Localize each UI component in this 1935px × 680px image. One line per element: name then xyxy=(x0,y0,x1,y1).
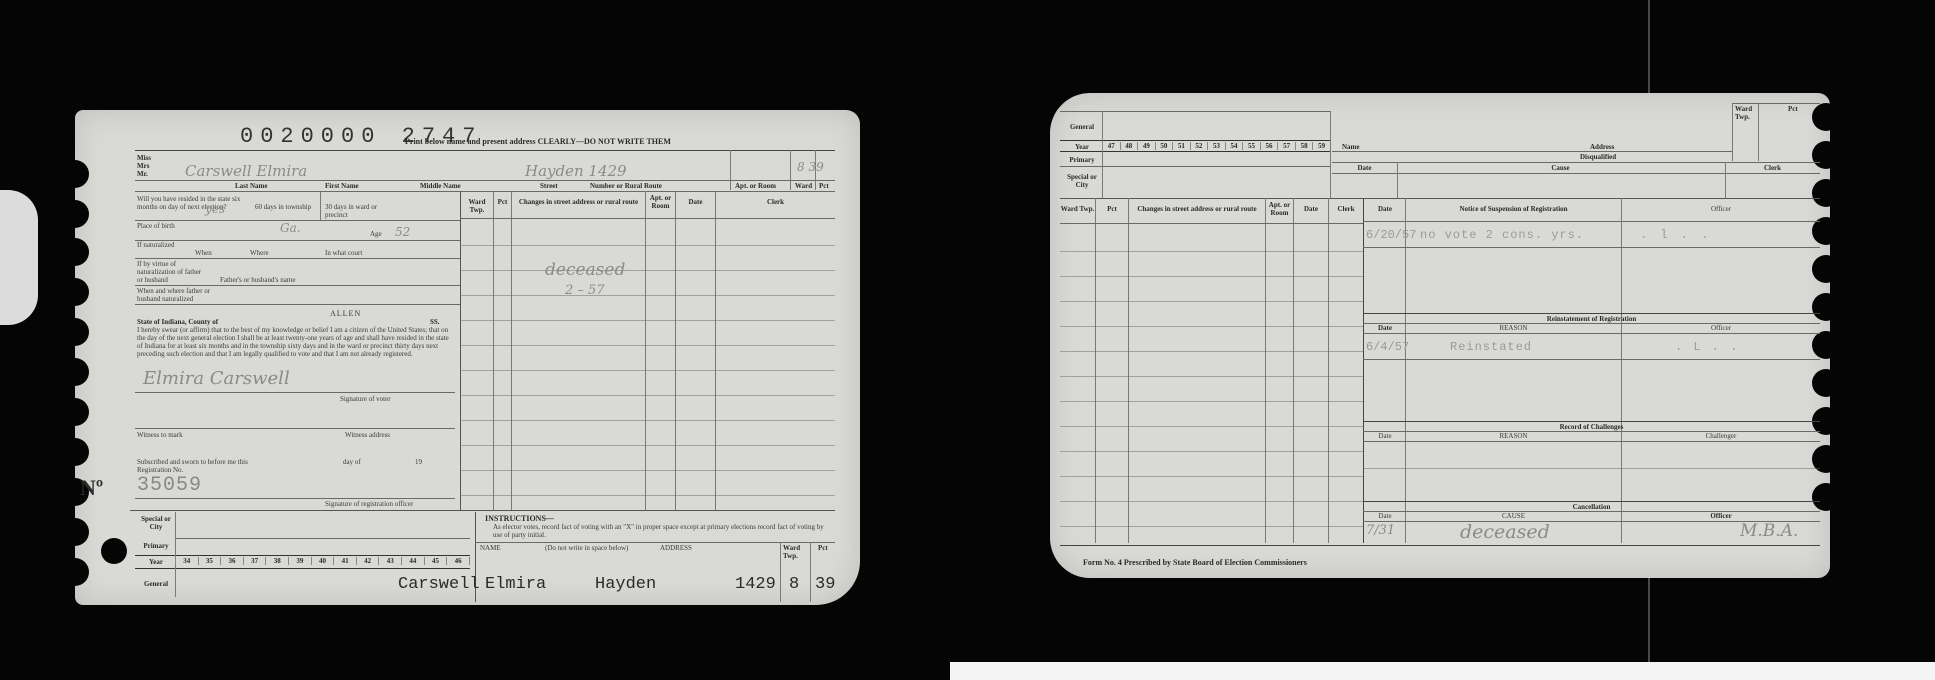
subscribed-label: Subscribed and sworn to before me this xyxy=(137,458,248,466)
court-label: In what court xyxy=(325,249,362,257)
row-primary: Primary xyxy=(137,542,175,550)
reinst-date-label: Date xyxy=(1365,324,1405,332)
header-instruction: Print below name and present address CLE… xyxy=(405,138,671,146)
typed-last-name: Carswell xyxy=(398,575,480,594)
label-street: Street xyxy=(540,182,558,190)
salutation-mr: Mr. xyxy=(137,170,148,178)
punch-hole xyxy=(61,200,89,228)
label-ward: Ward xyxy=(795,182,812,190)
row-special: Special or City xyxy=(137,515,175,531)
canc-cause-label: CAUSE xyxy=(1406,512,1621,520)
punch-hole xyxy=(1812,369,1840,397)
oath-text: I hereby swear (or affirm) that to the b… xyxy=(137,326,455,358)
challenges-title: Record of Challenges xyxy=(1363,423,1820,431)
label-middle-name: Middle Name xyxy=(420,182,461,190)
cancellation-title: Cancellation xyxy=(1363,503,1820,511)
susp-officer-label: Officer xyxy=(1622,205,1820,213)
handwritten-age: 52 xyxy=(395,225,410,239)
father-naturalized-label: When and where father or husband natural… xyxy=(137,287,227,303)
handwritten-yes: yes xyxy=(205,202,225,216)
punch-hole xyxy=(61,398,89,426)
label-number: Number or Rural Route xyxy=(590,182,662,190)
reinstatement-title: Reinstatement of Registration xyxy=(1363,315,1820,323)
scan-edge-artifact xyxy=(0,190,38,325)
canc-officer-label: Officer xyxy=(1622,512,1820,520)
residence-30-days: 30 days in ward or precinct xyxy=(325,203,395,219)
disqualified-title: Disqualified xyxy=(1580,153,1616,161)
canc-date-label: Date xyxy=(1365,512,1405,520)
naturalized-label: If naturalized xyxy=(137,241,187,249)
reinst-officer-label: Officer xyxy=(1622,324,1820,332)
age-label: Age xyxy=(370,230,382,238)
row-general: General xyxy=(1062,123,1102,131)
label-pct: Pct xyxy=(819,182,829,190)
county-name: ALLEN xyxy=(330,310,361,318)
susp-date: 6/20/57 xyxy=(1366,228,1416,242)
pct-label: Pct xyxy=(1788,105,1798,113)
punch-hole xyxy=(61,438,89,466)
punch-hole xyxy=(61,278,89,306)
label-apt: Apt. or Room xyxy=(735,182,776,190)
punch-hole xyxy=(61,238,89,266)
ward-twp-label: Ward Twp. xyxy=(1735,105,1755,121)
punch-hole xyxy=(1812,103,1840,131)
col-changes: Changes in street address or rural route xyxy=(1129,205,1265,213)
col-ward-twp-bottom: Ward Twp. xyxy=(783,544,803,560)
state-county-label: State of Indiana, County of xyxy=(137,318,218,326)
typed-number: 1429 xyxy=(735,575,776,594)
reinst-date: 6/4/57 xyxy=(1366,340,1409,354)
punch-hole xyxy=(61,518,89,546)
year-row-back: 47 48 49 50 51 52 53 54 55 56 57 58 59 xyxy=(1102,142,1330,150)
registration-number: 35059 xyxy=(137,474,202,497)
signature-label: Signature of voter xyxy=(340,395,391,403)
canc-officer: M.B.A. xyxy=(1740,521,1798,541)
registration-card-front: 0020000 2747 Print below name and presen… xyxy=(75,110,860,605)
row-special: Special or City xyxy=(1062,173,1102,189)
place-of-birth-label: Place of birth xyxy=(137,222,187,230)
form-footer: Form No. 4 Prescribed by State Board of … xyxy=(1083,559,1307,567)
punch-hole xyxy=(1812,255,1840,283)
reinst-reason-label: REASON xyxy=(1406,324,1621,332)
chal-reason-label: REASON xyxy=(1406,432,1621,440)
year-row-front: 34 35 36 37 38 39 40 41 42 43 44 45 46 xyxy=(175,557,470,565)
punch-hole xyxy=(1812,179,1840,207)
col-pct-bottom: Pct xyxy=(818,544,828,552)
punch-hole xyxy=(101,538,127,564)
handwritten-address: Hayden 1429 xyxy=(525,162,627,180)
disq-clerk-label: Clerk xyxy=(1725,164,1820,172)
canc-cause: deceased xyxy=(1460,521,1550,543)
chal-date-label: Date xyxy=(1365,432,1405,440)
disq-cause-label: Cause xyxy=(1398,164,1723,172)
col-changes: Changes in street address or rural route xyxy=(512,198,645,206)
fathers-name-label: Father's or husband's name xyxy=(220,276,295,284)
salutation-mrs: Mrs xyxy=(137,162,149,170)
punch-hole xyxy=(61,358,89,386)
punch-hole xyxy=(1812,331,1840,359)
col-clerk: Clerk xyxy=(1329,205,1363,213)
col-date: Date xyxy=(676,198,715,206)
row-general: General xyxy=(137,580,175,588)
punch-hole xyxy=(61,160,89,188)
row-year: Year xyxy=(1062,143,1102,151)
witness-address-label: Witness address xyxy=(345,431,390,439)
disq-date-label: Date xyxy=(1332,164,1397,172)
typed-ward: 8 xyxy=(789,575,799,594)
handwritten-date-note: 2 – 57 xyxy=(565,283,605,298)
col-apt: Apt. or Room xyxy=(646,194,675,210)
susp-notice-label: Notice of Suspension of Registration xyxy=(1406,205,1621,213)
residence-question: Will you have resided in the state six m… xyxy=(137,195,242,211)
instructions-text: As elector votes, record fact of voting … xyxy=(493,523,833,539)
reinst-reason: Reinstated xyxy=(1450,340,1532,354)
susp-date-label: Date xyxy=(1365,205,1405,213)
col-pct: Pct xyxy=(1096,205,1128,213)
instructions-title: INSTRUCTIONS— xyxy=(485,515,554,523)
col-note: (Do not write in space below) xyxy=(545,544,628,552)
col-date: Date xyxy=(1294,205,1328,213)
susp-officer: . l . . xyxy=(1640,228,1711,242)
handwritten-ward-pct: 8 39 xyxy=(797,160,824,174)
col-name: NAME xyxy=(480,544,501,552)
residence-60-days: 60 days in township xyxy=(255,203,315,211)
handwritten-birthplace: Ga. xyxy=(280,221,301,235)
chal-challenger-label: Challenger xyxy=(1622,432,1820,440)
col-apt: Apt. or Room xyxy=(1266,201,1293,217)
row-primary: Primary xyxy=(1062,156,1102,164)
typed-first-name: Elmira xyxy=(485,575,546,594)
ss-label: SS. xyxy=(430,318,440,326)
voter-signature: Elmira Carswell xyxy=(143,368,290,389)
col-clerk: Clerk xyxy=(716,198,835,206)
canc-date: 7/31 xyxy=(1366,523,1395,538)
scan-border-strip xyxy=(950,662,1935,680)
number-symbol: Nº xyxy=(80,475,103,501)
punch-hole xyxy=(61,318,89,346)
typed-pct: 39 xyxy=(815,575,835,594)
where-label: Where xyxy=(250,249,269,257)
address-label: Address xyxy=(1590,143,1614,151)
reinst-officer: . L . . xyxy=(1675,340,1739,354)
susp-notice: no vote 2 cons. yrs. xyxy=(1420,228,1584,242)
witness-label: Witness to mark xyxy=(137,431,183,439)
year-suffix: 19 xyxy=(415,458,422,466)
col-ward-twp: Ward Twp. xyxy=(461,198,493,214)
label-first-name: First Name xyxy=(325,182,359,190)
name-label: Name xyxy=(1342,143,1360,151)
virtue-label: If by virtue of naturalization of father… xyxy=(137,260,207,284)
row-year: Year xyxy=(137,558,175,566)
col-pct: Pct xyxy=(494,198,511,206)
handwritten-deceased: deceased xyxy=(545,260,625,280)
label-last-name: Last Name xyxy=(235,182,267,190)
handwritten-name: Carswell Elmira xyxy=(185,162,307,180)
punch-hole xyxy=(61,558,89,586)
registration-no-label: Registration No. xyxy=(137,466,183,474)
col-address: ADDRESS xyxy=(660,544,692,552)
registrar-label: Signature of registration officer xyxy=(325,500,413,508)
salutation-miss: Miss xyxy=(137,154,157,162)
col-ward-twp: Ward Twp. xyxy=(1060,205,1095,213)
registration-card-back: General Year Primary Special or City 47 … xyxy=(1050,93,1830,578)
typed-street: Hayden xyxy=(595,575,656,594)
day-of-label: day of xyxy=(343,458,361,466)
when-label: When xyxy=(195,249,212,257)
